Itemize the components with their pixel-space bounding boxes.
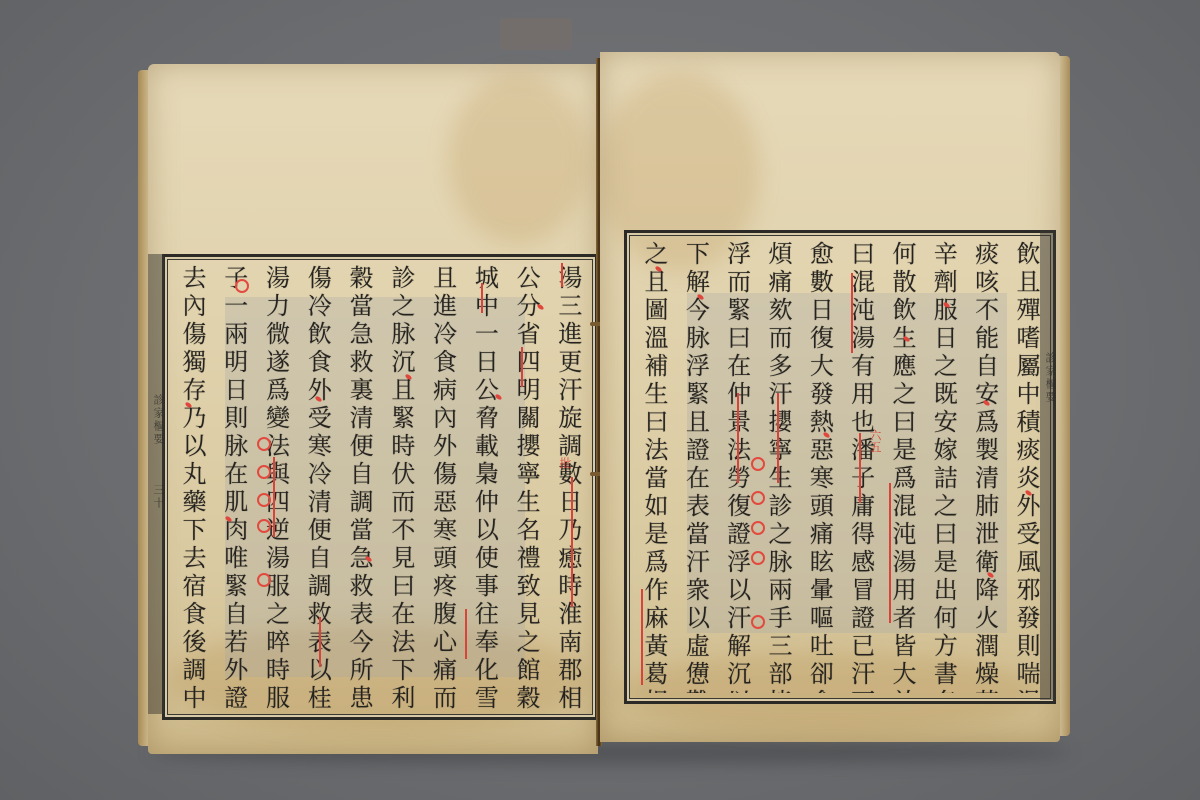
left-page: 湯三進更汗旋調數日乃癒時淮南郡相方 公分省四明關攖寧生名禮致見之館穀留 城中一日…	[148, 64, 598, 754]
text-column: 痰咳不能自安爲製清肺泄衛降火潤燥苦	[966, 241, 1004, 693]
right-margin-title: 診家樞要	[1042, 352, 1058, 404]
text-column: 湯力微遂爲變法與四逆湯服之晬時服附	[257, 265, 295, 709]
red-annotation-number: 六五	[867, 429, 884, 453]
left-page-columns: 湯三進更汗旋調數日乃癒時淮南郡相方 公分省四明關攖寧生名禮致見之館穀留 城中一日…	[173, 265, 587, 709]
text-column: 何散飲生應之曰是爲混沌湯用者皆大效	[883, 241, 921, 693]
text-column: 診之脉沉且緊時伏而不見曰在法下利清	[382, 265, 420, 709]
text-column: 且進冷食病內外傷惡寒頭疼腹心痛而嘔	[424, 265, 462, 709]
text-column: 穀當急救裏清便自調當急救表今所患內	[340, 265, 378, 709]
left-page-text-frame: 湯三進更汗旋調數日乃癒時淮南郡相方 公分省四明關攖寧生名禮致見之館穀留 城中一日…	[162, 254, 598, 720]
right-page-margin-strip	[1040, 230, 1056, 700]
right-page-text-frame: 飲且殫嗜屬中積痰炎外受風邪發則喘渴 痰咳不能自安爲製清肺泄衛降火潤燥苦 辛劑服日…	[624, 230, 1056, 704]
text-column: 辛劑服日之既安嫁詰之曰是出何方書名	[924, 241, 962, 693]
text-column: 傷冷飲食外受寒冷清便自調救表以桂枝	[298, 265, 336, 709]
text-column: 公分省四明關攖寧生名禮致見之館穀留	[507, 265, 545, 709]
text-column: 去內傷獨存乃以丸藥下去宿食後調中氣	[173, 265, 211, 709]
catalog-tag	[500, 18, 572, 50]
text-column: 愈數日復大發熱惡寒頭痛眩暈嘔吐卻食	[800, 241, 838, 693]
left-margin-folio: 三十	[150, 484, 166, 510]
right-page: 飲且殫嗜屬中積痰炎外受風邪發則喘渴 痰咳不能自安爲製清肺泄衛降火潤燥苦 辛劑服日…	[600, 52, 1060, 742]
open-book: 湯三進更汗旋調數日乃癒時淮南郡相方 公分省四明關攖寧生名禮致見之館穀留 城中一日…	[138, 52, 1070, 752]
right-page-columns: 飲且殫嗜屬中積痰炎外受風邪發則喘渴 痰咳不能自安爲製清肺泄衛降火潤燥苦 辛劑服日…	[635, 241, 1045, 693]
text-column: 湯三進更汗旋調數日乃癒時淮南郡相方	[549, 265, 587, 709]
red-annotation-mark: 批	[557, 457, 574, 469]
text-column: 下解今脉浮緊且證在表當汗衆以虛憊難	[676, 241, 714, 693]
text-column: 城中一日公脅載梟仲以使事往奉化雪中	[465, 265, 503, 709]
left-margin-title: 診家樞要	[150, 394, 166, 446]
text-column: 子一兩明日則脉在肌肉唯緊自若外證已	[215, 265, 253, 709]
